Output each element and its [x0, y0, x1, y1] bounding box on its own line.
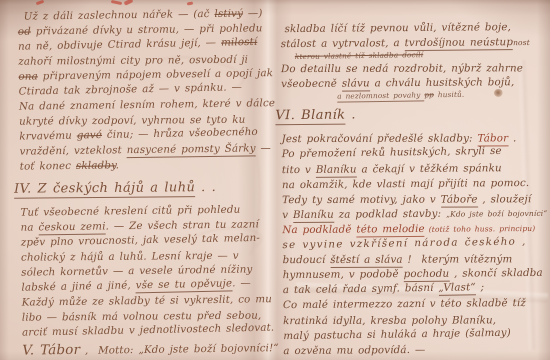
text-segment: a čekají v těžkém spánku [357, 162, 502, 175]
manuscript-photo: Už z dáli zaslechnou nářek — (ač lstivý … [0, 0, 550, 360]
text-segment: štěstí a sláva [330, 254, 403, 268]
text-segment: na ně, obdivuje Ctirad krásu její, — [18, 37, 221, 53]
text-segment: Po přemožení reků husitských, skryli se [282, 145, 502, 160]
inserted-correction: a nezlomnost povahy pp husitů. [337, 89, 543, 102]
text-segment: Jest pokračování předešlé skladby: [282, 133, 478, 146]
red-pencil-mark [187, 2, 193, 6]
text-segment: lstivý [214, 8, 243, 20]
text-segment: . — [232, 277, 251, 289]
text-segment: zpěv plno vroucnosti, jak veselý tak mel… [21, 231, 260, 248]
text-segment: —) [243, 7, 263, 19]
text-segment: a ozvěna mu odpovídá. — [283, 344, 425, 357]
text-segment: arciť musí skladbu v jednotlivostech sle… [22, 321, 274, 338]
text-segment: Tábor [40, 342, 80, 359]
text-segment: Co malé intermezzo zazní v této skladbě … [283, 297, 526, 311]
text-segment: se vyvine vzkříšení národa českého , [282, 236, 526, 252]
text-segment: pp [424, 91, 434, 100]
manuscript-page-right: skladba líčí tíž pevnou vůli, vítězné bo… [281, 20, 546, 359]
text-segment: kratinká idylla, kresba polohy Blaníku, [283, 314, 496, 327]
text-segment: gavé [77, 129, 102, 142]
text-segment: , sloužejí [478, 193, 532, 205]
text-segment: „Kdo jste boží bojovníci“ [446, 209, 547, 219]
text-segment: (totiž toho huss. principu) [425, 224, 536, 234]
text-segment: skladba líčí tíž pevnou vůli, vítězné bo… [285, 21, 511, 35]
manuscript-line: Do detaillu se nedá rozdrobit, nýbrž zah… [281, 61, 543, 77]
red-pencil-mark [111, 0, 122, 5]
text-segment: vše se tu opěvuje [136, 277, 233, 293]
manuscript-line: Co malé intermezzo zazní v této skladbě … [283, 296, 545, 313]
text-segment: skladby [76, 160, 116, 173]
text-segment: milostí [221, 36, 258, 49]
manuscript-line: toť konec skladby. [20, 157, 260, 175]
text-segment: — [256, 143, 271, 155]
text-segment: cholický z hájů a luhů. Lesní kraje — v [21, 249, 239, 263]
text-segment: Z českých hájů a luhů [38, 180, 196, 198]
text-segment: Blaník [301, 108, 345, 125]
text-segment: Ctirada tak zbrojnoše až — v spánku. — [19, 81, 243, 97]
text-segment: na [21, 221, 39, 233]
text-segment: „Vlast“ [438, 282, 476, 297]
manuscript-line: zahoří milostnými city pro ně, osvobodí … [18, 53, 258, 70]
text-segment: stálost a vytrvalost, a [281, 37, 405, 50]
text-segment: . [345, 108, 356, 123]
text-segment: slávu [342, 78, 370, 92]
text-segment: hymnusem, v podobě [283, 268, 404, 281]
section-heading-vi: VI. Blaník . [275, 103, 543, 127]
text-segment: budoucí [283, 254, 331, 266]
text-segment: Tuť všeobecné kreslení citů při pohledu [20, 203, 240, 218]
text-segment: za podklad stavby: [334, 208, 446, 221]
text-segment: Blaníku [316, 163, 357, 177]
text-segment: tito v [282, 163, 316, 175]
manuscript-page-left: Už z dáli zaslechnou nářek — (ač lstivý … [18, 6, 263, 360]
text-segment: VI. [275, 108, 301, 125]
text-segment: labské a jiné a jiné, [21, 279, 135, 293]
text-segment: Do detaillu se nedá rozdrobit, nýbrž zah… [281, 62, 523, 75]
text-segment: a chválu husitských bojů, [370, 76, 515, 89]
text-segment: husitů. [434, 90, 464, 99]
text-segment: zahoří milostnými city pro ně, osvobodí … [18, 54, 248, 68]
text-segment: Na podkladě [282, 223, 356, 236]
manuscript-line: se vyvine vzkříšení národa českého , [282, 234, 544, 253]
section-heading-v: V. Tábor , Motto: „Kdo jste boží bojovní… [22, 339, 262, 360]
text-segment: od [18, 26, 31, 38]
text-segment: českou zemi [38, 220, 105, 235]
text-segment: Táboře [441, 193, 478, 207]
text-segment: v [282, 209, 293, 221]
red-pencil-mark [36, 0, 45, 5]
manuscript-line: budoucí štěstí a sláva ! kterým vítězným [283, 252, 545, 268]
text-segment: IV. [14, 181, 38, 198]
text-segment: kterou vlastně tíž skladba docílí [295, 50, 424, 61]
text-segment: Na dané znamení lesním rohem, které v dá… [19, 97, 275, 113]
red-pencil-mark [124, 0, 134, 6]
text-segment: ; [476, 281, 485, 293]
manuscript-line: Tedy ty samé motivy, jako v Táboře , slo… [282, 192, 544, 208]
text-segment: Tedy ty samé motivy, jako v [282, 193, 441, 206]
text-segment: nasycené pomsty Šárky [127, 143, 256, 159]
manuscript-line: cholický z hájů a luhů. Lesní kraje — v [21, 248, 261, 265]
section-heading-iv: IV. Z českých hájů a luhů . . [14, 176, 260, 200]
text-segment: , skončí skladba [449, 267, 543, 280]
text-segment: V. [22, 342, 40, 358]
text-segment: a tak celá řada symf. básní [283, 282, 439, 296]
text-segment: na okamžik, kde vlasti mají přijíti na p… [282, 177, 529, 191]
text-segment: vraždění, vzteklost [19, 145, 126, 158]
text-segment: ona [18, 71, 38, 83]
text-segment: . [116, 160, 120, 172]
text-segment: Už z dáli zaslechnou nářek — (ač [24, 8, 215, 23]
text-segment: krvavému [19, 130, 77, 143]
manuscript-line: a ozvěna mu odpovídá. — [283, 342, 545, 359]
text-segment: všeobecně [281, 78, 342, 91]
text-segment: činu; — hrůza všeobecného [102, 126, 258, 141]
text-segment: ! kterým vítězným [403, 253, 513, 265]
text-segment: a nezlomnost povahy [337, 91, 424, 103]
text-segment: nost [513, 38, 530, 47]
text-segment: malý pastucha si huláká a hraje (šalmay) [283, 326, 511, 341]
text-segment: Každý může ze skladby té si vykreslit, c… [22, 293, 273, 308]
inserted-correction: kterou vlastně tíž skladba docílí [295, 49, 543, 63]
text-segment: , Motto: „Kdo jste boží bojovníci!“ [80, 342, 279, 357]
text-segment: . — Ze všech stran tu zazní [106, 218, 259, 232]
manuscript-line: na okamžik, kde vlasti mají přijíti na p… [282, 176, 544, 193]
text-segment: Blaníku [293, 209, 334, 223]
text-segment: . . [195, 180, 216, 195]
text-segment: toť konec [20, 160, 76, 173]
